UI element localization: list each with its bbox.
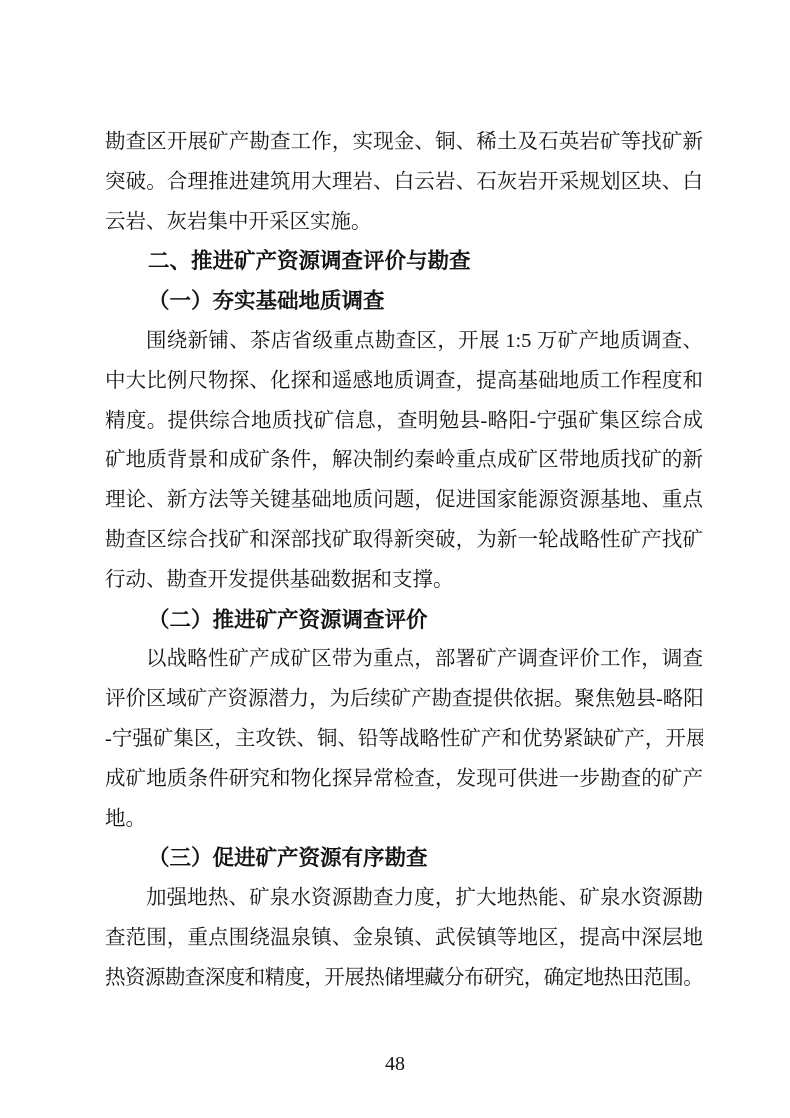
subsection-heading: （一）夯实基础地质调查 bbox=[105, 282, 703, 322]
document-body: 勘查区开展矿产勘查工作，实现金、铜、稀土及石英岩矿等找矿新 突破。合理推进建筑用… bbox=[105, 123, 703, 999]
paragraph-line: -宁强矿集区，主攻铁、铜、铅等战略性矿产和优势紧缺矿产，开展 bbox=[105, 720, 703, 760]
paragraph-line: 加强地热、矿泉水资源勘查力度，扩大地热能、矿泉水资源勘 bbox=[105, 879, 703, 919]
section-heading: 二、推进矿产资源调查评价与勘查 bbox=[105, 242, 703, 282]
paragraph-line: 精度。提供综合地质找矿信息，查明勉县-略阳-宁强矿集区综合成 bbox=[105, 402, 703, 442]
paragraph-line: 查范围，重点围绕温泉镇、金泉镇、武侯镇等地区，提高中深层地 bbox=[105, 919, 703, 959]
paragraph-line: 理论、新方法等关键基础地质问题，促进国家能源资源基地、重点 bbox=[105, 481, 703, 521]
paragraph-line: 行动、勘查开发提供基础数据和支撑。 bbox=[105, 561, 703, 601]
paragraph-line: 成矿地质条件研究和物化探异常检查，发现可供进一步勘查的矿产 bbox=[105, 760, 703, 800]
paragraph-line: 突破。合理推进建筑用大理岩、白云岩、石灰岩开采规划区块、白 bbox=[105, 163, 703, 203]
paragraph-line: 中大比例尺物探、化探和遥感地质调查，提高基础地质工作程度和 bbox=[105, 362, 703, 402]
page-number: 48 bbox=[0, 1052, 790, 1076]
paragraph-line: 勘查区综合找矿和深部找矿取得新突破，为新一轮战略性矿产找矿 bbox=[105, 521, 703, 561]
paragraph-line: 勘查区开展矿产勘查工作，实现金、铜、稀土及石英岩矿等找矿新 bbox=[105, 123, 703, 163]
paragraph-line: 围绕新铺、茶店省级重点勘查区，开展 1:5 万矿产地质调查、 bbox=[105, 322, 703, 362]
paragraph-line: 云岩、灰岩集中开采区实施。 bbox=[105, 203, 703, 243]
paragraph-line: 矿地质背景和成矿条件，解决制约秦岭重点成矿区带地质找矿的新 bbox=[105, 441, 703, 481]
subsection-heading: （三）促进矿产资源有序勘查 bbox=[105, 839, 703, 879]
paragraph-line: 地。 bbox=[105, 800, 703, 840]
paragraph-line: 热资源勘查深度和精度，开展热储埋藏分布研究，确定地热田范围。 bbox=[105, 959, 703, 999]
subsection-heading: （二）推进矿产资源调查评价 bbox=[105, 601, 703, 641]
paragraph-line: 以战略性矿产成矿区带为重点，部署矿产调查评价工作，调查 bbox=[105, 640, 703, 680]
document-page: 勘查区开展矿产勘查工作，实现金、铜、稀土及石英岩矿等找矿新 突破。合理推进建筑用… bbox=[0, 0, 790, 1118]
paragraph-line: 评价区域矿产资源潜力，为后续矿产勘查提供依据。聚焦勉县-略阳 bbox=[105, 680, 703, 720]
